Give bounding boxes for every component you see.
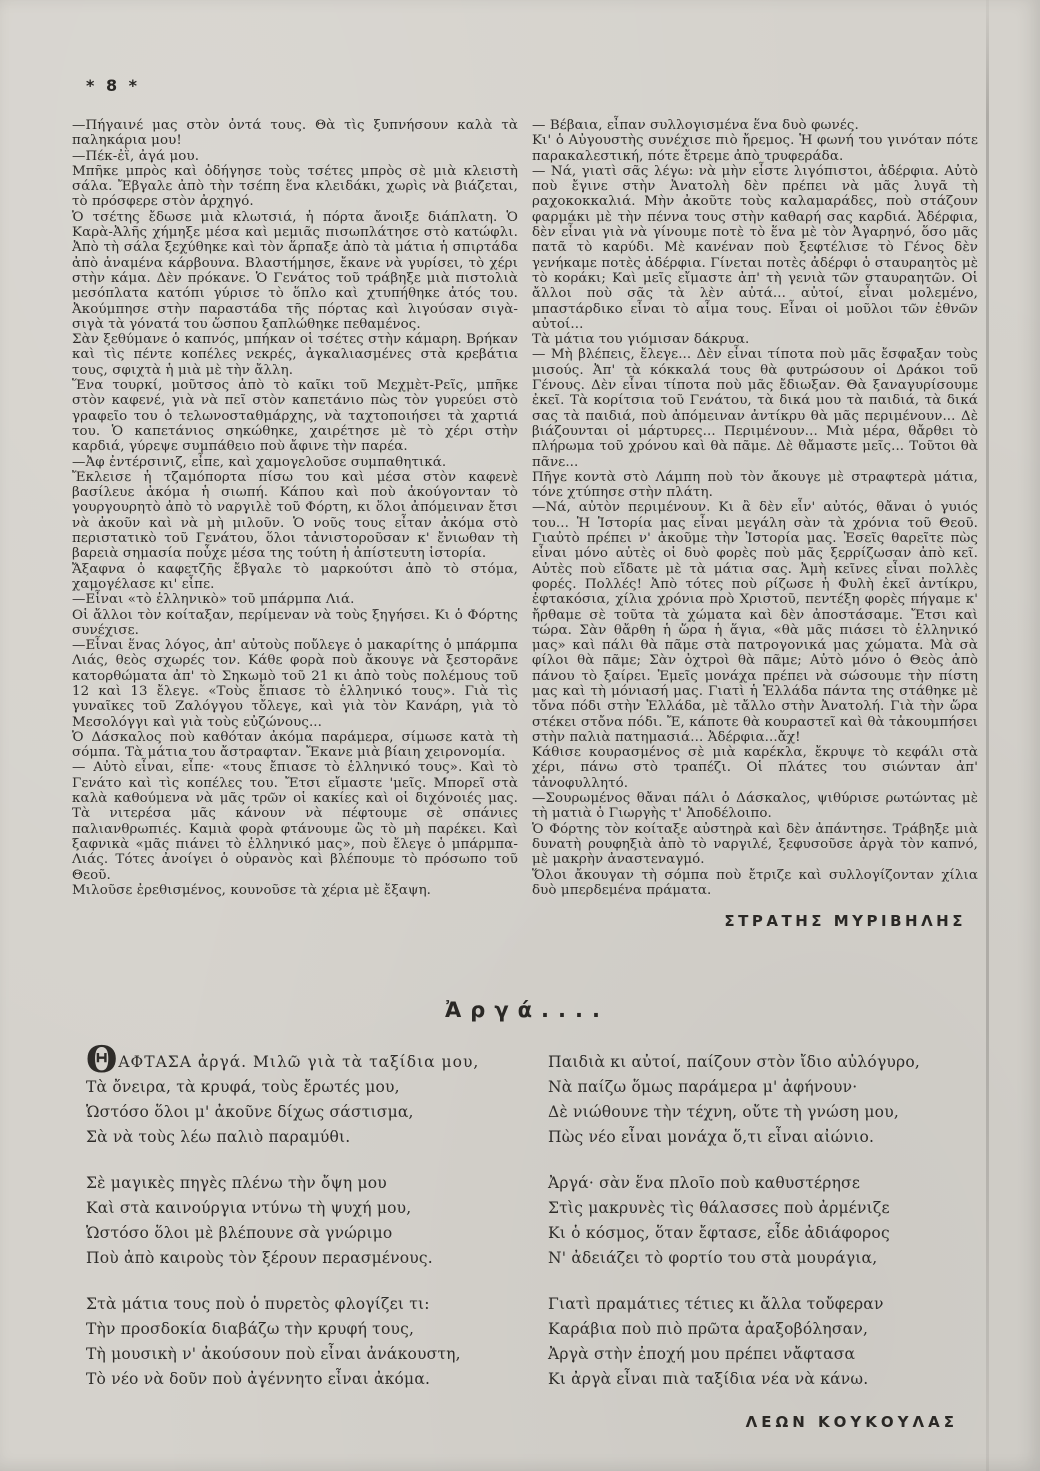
scan-artifact-line bbox=[986, 0, 989, 1471]
story-paragraph: Ὁ Φόρτης τὸν κοίταξε αὐστηρὰ καὶ δὲν ἀπά… bbox=[532, 822, 978, 868]
poem-author-signature: ΛΕΩΝ ΚΟΥΚΟΥΛΑΣ bbox=[548, 1413, 982, 1431]
poem-line: Ὡστόσο ὅλοι μὲ βλέπουνε σὰ γνώριμο bbox=[86, 1221, 520, 1246]
poem-line: Καὶ στὰ καινούργια ντύνω τὴ ψυχή μου, bbox=[86, 1196, 520, 1221]
story-paragraph: Ὁ τσέτης ἔδωσε μιὰ κλωτσιά, ἡ πόρτα ἄνοι… bbox=[72, 210, 518, 332]
story-paragraph: —Ἀφ ἐντέρσινιζ, εἶπε, καὶ χαμογελοῦσε συ… bbox=[72, 455, 518, 470]
poem-line: Καράβια ποὺ πιὸ πρῶτα ἀραξοβόλησαν, bbox=[548, 1317, 982, 1342]
poem-line: Παιδιὰ κι αὐτοί, παίζουν στὸν ἴδιο αὐλόγ… bbox=[548, 1050, 982, 1075]
poem-line: Ποὺ ἀπὸ καιροὺς τὸν ξέρουν περασμένους. bbox=[86, 1246, 520, 1271]
story-paragraph: — Νά, γιατὶ σᾶς λέγω: νὰ μὴν εἶστε λιγόπ… bbox=[532, 164, 978, 332]
story-right-column: — Βέβαια, εἶπαν συλλογισμένα ἕνα δυὸ φων… bbox=[532, 118, 978, 930]
story-paragraph: Μπῆκε μπρὸς καὶ ὁδήγησε τοὺς τσέτες μπρὸ… bbox=[72, 164, 518, 210]
poem-line: Δὲ νιώθουνε τὴν τέχνη, οὔτε τὴ γνώση μου… bbox=[548, 1100, 982, 1125]
poem-line: Σὲ μαγικὲς πηγὲς πλένω τὴν ὄψη μου bbox=[86, 1171, 520, 1196]
poem-line: Τὴ μουσικὴ ν' ἀκούσουν ποὺ εἶναι ἀνάκουσ… bbox=[86, 1342, 520, 1367]
story-paragraph: Ἄξαφνα ὁ καφετζῆς ἔβγαλε τὸ μαρκούτσι ἀπ… bbox=[72, 562, 518, 593]
poem-line: Τὰ ὄνειρα, τὰ κρυφά, τοὺς ἔρωτές μου, bbox=[86, 1075, 520, 1100]
poem-line: Τὴν προσδοκία διαβάζω τὴν κρυφή τους, bbox=[86, 1317, 520, 1342]
story-paragraph: Κι' ὁ Αὐγουστὴς συνέχισε πιὸ ἤρεμος. Ἡ φ… bbox=[532, 133, 978, 164]
poem-stanza: Γιατὶ πραμάτιες τέτιες κι ἄλλα τοὔφεραν … bbox=[548, 1292, 982, 1392]
poem-line: Γιατὶ πραμάτιες τέτιες κι ἄλλα τοὔφεραν bbox=[548, 1292, 982, 1317]
poem-line: Κι ἀργὰ εἶναι πιὰ ταξίδια νέα νὰ κάνω. bbox=[548, 1367, 982, 1392]
story-paragraph: Οἱ ἄλλοι τὸν κοίταξαν, περίμεναν νὰ τοὺς… bbox=[72, 608, 518, 639]
story-paragraph: —Εἶναι ἕνας λόγος, ἀπ' αὐτοὺς ποὔλεγε ὁ … bbox=[72, 638, 518, 730]
story-section: —Πήγαινέ μας στὸν ὀντά τους. Θὰ τὶς ξυπν… bbox=[72, 118, 978, 930]
story-paragraph: Ἔκλεισε ἡ τζαμόπορτα πίσω του καὶ μέσα σ… bbox=[72, 470, 518, 562]
story-paragraph: Κάθισε κουρασμένος σὲ μιὰ καρέκλα, ἔκρυψ… bbox=[532, 745, 978, 791]
poem-line: ΘΑΦΤΑΣΑ ἀργά. Μιλῶ γιὰ τὰ ταξίδια μου, bbox=[86, 1050, 520, 1075]
story-paragraph: Τὰ μάτια του γιόμισαν δάκρυα. bbox=[532, 332, 978, 347]
story-paragraph: — Μὴ βλέπεις, ἔλεγε... Δὲν εἶναι τίποτα … bbox=[532, 347, 978, 469]
poem-line-text: ΑΦΤΑΣΑ ἀργά. Μιλῶ γιὰ τὰ ταξίδια μου, bbox=[118, 1053, 479, 1071]
scanned-page: * 8 * —Πήγαινέ μας στὸν ὀντά τους. Θὰ τὶ… bbox=[0, 0, 1040, 1471]
story-paragraph: —Σουρωμένος θἄναι πάλι ὁ Δάσκαλος, ψιθύρ… bbox=[532, 791, 978, 822]
poem-left-column: ΘΑΦΤΑΣΑ ἀργά. Μιλῶ γιὰ τὰ ταξίδια μου, Τ… bbox=[72, 1050, 520, 1431]
story-paragraph: Πῆγε κοντὰ στὸ Λάμπη ποὺ τὸν ἄκουγε μὲ σ… bbox=[532, 470, 978, 501]
poem-line: Ν' ἀδειάζει τὸ φορτίο του στὰ μουράγια, bbox=[548, 1246, 982, 1271]
story-paragraph: Ἕνα τουρκί, μοῦτσος ἀπὸ τὸ καῖκι τοῦ Μεχ… bbox=[72, 378, 518, 454]
poem-stanza: Σὲ μαγικὲς πηγὲς πλένω τὴν ὄψη μου Καὶ σ… bbox=[86, 1171, 520, 1271]
poem-line: Πὼς νέο εἶναι μονάχα ὅ,τι εἶναι αἰώνιο. bbox=[548, 1125, 982, 1150]
story-paragraph: Ὅλοι ἄκουγαν τὴ σόμπα ποὺ ἔτριζε καὶ συλ… bbox=[532, 868, 978, 899]
page-number: * 8 * bbox=[86, 76, 140, 95]
story-paragraph: —Νά, αὐτὸν περιμένουν. Κι ἂ δὲν εἶν' αὐτ… bbox=[532, 500, 978, 745]
poem-line: Ὡστόσο ὅλοι μ' ἀκοῦνε δίχως σάστισμα, bbox=[86, 1100, 520, 1125]
story-paragraph: —Πήγαινέ μας στὸν ὀντά τους. Θὰ τὶς ξυπν… bbox=[72, 118, 518, 149]
poem-section: Ἀργά.... ΘΑΦΤΑΣΑ ἀργά. Μιλῶ γιὰ τὰ ταξίδ… bbox=[72, 998, 982, 1431]
poem-line: Σὰ νὰ τοὺς λέω παλιὸ παραμύθι. bbox=[86, 1125, 520, 1150]
poem-line: Στὰ μάτια τους ποὺ ὁ πυρετὸς φλογίζει τι… bbox=[86, 1292, 520, 1317]
poem-line: Στὶς μακρυνὲς τὶς θάλασσες ποὺ ἀρμένιζε bbox=[548, 1196, 982, 1221]
story-paragraph: —Πέκ-ἐῒ, ἀγά μου. bbox=[72, 149, 518, 164]
story-left-column: —Πήγαινέ μας στὸν ὀντά τους. Θὰ τὶς ξυπν… bbox=[72, 118, 518, 930]
poem-title: Ἀργά.... bbox=[72, 998, 982, 1022]
story-author-signature: ΣΤΡΑΤΗΣ ΜΥΡΙΒΗΛΗΣ bbox=[532, 912, 978, 930]
story-paragraph: — Αὐτὸ εἶναι, εἶπε· «τους ἔπιασε τὸ ἑλλη… bbox=[72, 760, 518, 882]
poem-line: Ἀργά· σὰν ἕνα πλοῖο ποὺ καθυστέρησε bbox=[548, 1171, 982, 1196]
poem-line: Νὰ παίζω ὅμως παράμερα μ' ἀφήνουν· bbox=[548, 1075, 982, 1100]
story-paragraph: —Εἶναι «τὸ ἑλληνικὸ» τοῦ μπάρμπα Λιά. bbox=[72, 592, 518, 607]
poem-stanza: Στὰ μάτια τους ποὺ ὁ πυρετὸς φλογίζει τι… bbox=[86, 1292, 520, 1392]
story-paragraph: Σὰν ξεθύμανε ὁ καπνός, μπήκαν οἱ τσέτες … bbox=[72, 332, 518, 378]
poem-stanza: Παιδιὰ κι αὐτοί, παίζουν στὸν ἴδιο αὐλόγ… bbox=[548, 1050, 982, 1150]
poem-stanza: Ἀργά· σὰν ἕνα πλοῖο ποὺ καθυστέρησε Στὶς… bbox=[548, 1171, 982, 1271]
story-paragraph: Μιλοῦσε ἐρεθισμένος, κουνοῦσε τὰ χέρια μ… bbox=[72, 883, 518, 898]
poem-right-column: Παιδιὰ κι αὐτοί, παίζουν στὸν ἴδιο αὐλόγ… bbox=[542, 1050, 982, 1431]
story-paragraph: Ὁ Δάσκαλος ποὺ καθόταν ἀκόμα παράμερα, σ… bbox=[72, 730, 518, 761]
story-paragraph: — Βέβαια, εἶπαν συλλογισμένα ἕνα δυὸ φων… bbox=[532, 118, 978, 133]
poem-stanza: ΘΑΦΤΑΣΑ ἀργά. Μιλῶ γιὰ τὰ ταξίδια μου, Τ… bbox=[86, 1050, 520, 1150]
poem-line: Ἀργὰ στὴν ἐποχή μου πρέπει νἄφτασα bbox=[548, 1342, 982, 1367]
poem-line: Τὸ νέο νὰ δοῦν ποὺ ἀγέννητο εἶναι ἀκόμα. bbox=[86, 1367, 520, 1392]
poem-line: Κι ὁ κόσμος, ὅταν ἔφτασε, εἶδε ἀδιάφορος bbox=[548, 1221, 982, 1246]
